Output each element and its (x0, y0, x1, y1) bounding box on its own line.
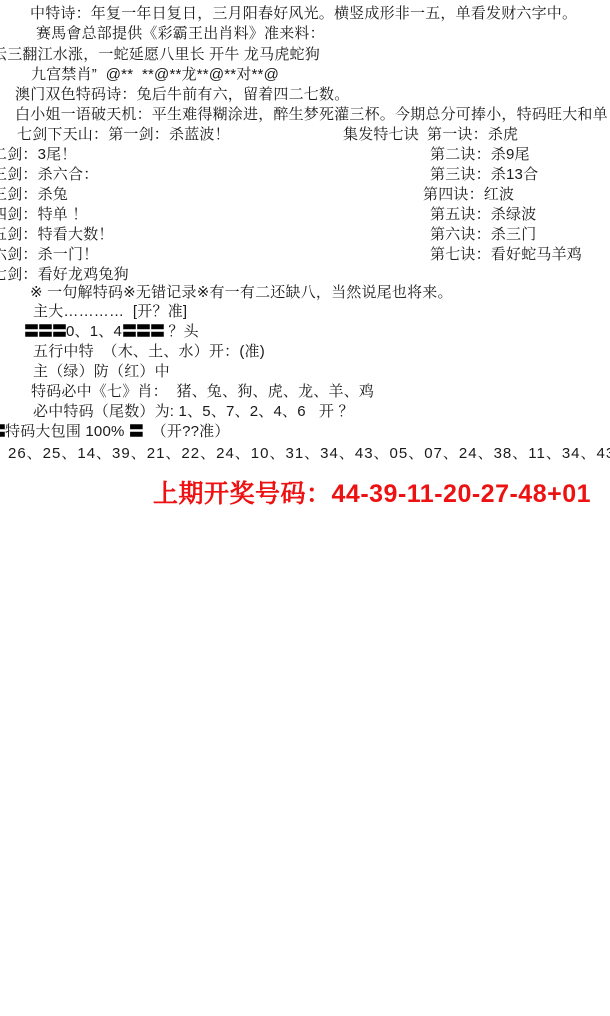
big-cover-line: 〓特码大包围 100% 〓 （开??准） (0, 422, 230, 442)
racing-club-line: 赛馬會总部提供《彩霸王出肖料》准来料： (36, 24, 325, 44)
heads-tail: ？头 (164, 323, 199, 340)
heavy-bar-mark-2: 〓 (129, 423, 143, 440)
heavy-bar-marks-left: 〓〓〓 (24, 323, 66, 340)
sword-item-3: 三剑：杀六合： (0, 165, 98, 185)
candidate-numbers-row: 26、25、14、39、21、22、24、10、31、34、43、05、07、2… (8, 444, 610, 464)
xiao-tip-line: 云三翻江水涨，一蛇延愿八里长 开牛 龙马虎蛇狗 (0, 45, 320, 65)
one-sentence-line: ※ 一句解特码※无错记录※有一有二还缺八，当然说尾也将来。 (30, 283, 453, 303)
zhongte-poem-line: 中特诗：年复一年日复日，三月阳春好风光。横竖成形非一五，单看发财六字中。 (30, 4, 577, 24)
baixiaojie-line: 白小姐一语破天机：平生难得糊涂进，醉生梦死灌三杯。今期总分可捧小，特码旺大和单 (15, 105, 608, 125)
tip-sheet-page: 中特诗：年复一年日复日，三月阳春好风光。横竖成形非一五，单看发财六字中。 赛馬會… (0, 0, 610, 1016)
tip-item-7: 第七诀：看好蛇马羊鸡 (430, 245, 582, 265)
jiugong-jinxiao-line: 九宫禁肖” @** **@**龙**@**对**@ (31, 65, 279, 85)
sword-item-6: 六剑：杀一门！ (0, 245, 98, 265)
sword-item-3b: 三剑：杀兔 (0, 185, 68, 205)
tip-item-6: 第六诀：杀三门 (430, 225, 536, 245)
big-cover-text: 特码大包围 100% (5, 423, 129, 440)
zhu-da-line: 主大………… [开？准] (33, 302, 187, 322)
seven-tips-title: 集发特七诀 (343, 126, 419, 143)
last-draw-result-line: 上期开奖号码：44-39-11-20-27-48+01 (153, 474, 591, 510)
tip-item-3: 第三诀：杀13合 (430, 165, 538, 185)
heads-line: 〓〓〓0、1、4〓〓〓 ？头 (24, 322, 199, 342)
heads-numbers: 0、1、4 (66, 323, 122, 340)
macau-poem-line: 澳门双色特码诗：兔后牛前有六，留着四二七数。 (15, 85, 349, 105)
last-draw-label: 上期开奖号码： (153, 480, 332, 508)
big-cover-suffix: （开??准） (143, 423, 230, 440)
sword-item-5: 五剑：特看大数！ (0, 225, 114, 245)
five-elements-line: 五行中特 （木、土、水）开：(准) (33, 342, 265, 362)
seven-swords-title: 七剑下天山：第一剑：杀蓝波！ (17, 125, 230, 145)
tip-item-2: 第二诀：杀9尾 (430, 145, 530, 165)
sword-item-2: 二剑：3尾！ (0, 145, 77, 165)
zhu-fang-line: 主（绿）防（红）中 (33, 362, 170, 382)
tip-item-1: 第一诀：杀虎 (427, 126, 518, 143)
tip-item-5: 第五诀：杀绿波 (430, 205, 536, 225)
heavy-bar-marks-right: 〓〓〓 (122, 323, 164, 340)
tip-item-4: 第四诀：红波 (423, 185, 514, 205)
seven-tips-title-row: 集发特七诀第一诀：杀虎 (343, 125, 518, 145)
sword-item-7: 七剑：看好龙鸡兔狗 (0, 265, 129, 285)
last-draw-numbers: 44-39-11-20-27-48+01 (332, 480, 592, 508)
sword-item-4: 四剑：特单 ！ (0, 205, 88, 225)
must-xiao-line: 特码必中《七》肖： 猪、兔、狗、虎、龙、羊、鸡 (31, 382, 374, 402)
must-tails-line: 必中特码（尾数）为: 1、5、7、2、4、6 开 ？ (33, 402, 354, 422)
